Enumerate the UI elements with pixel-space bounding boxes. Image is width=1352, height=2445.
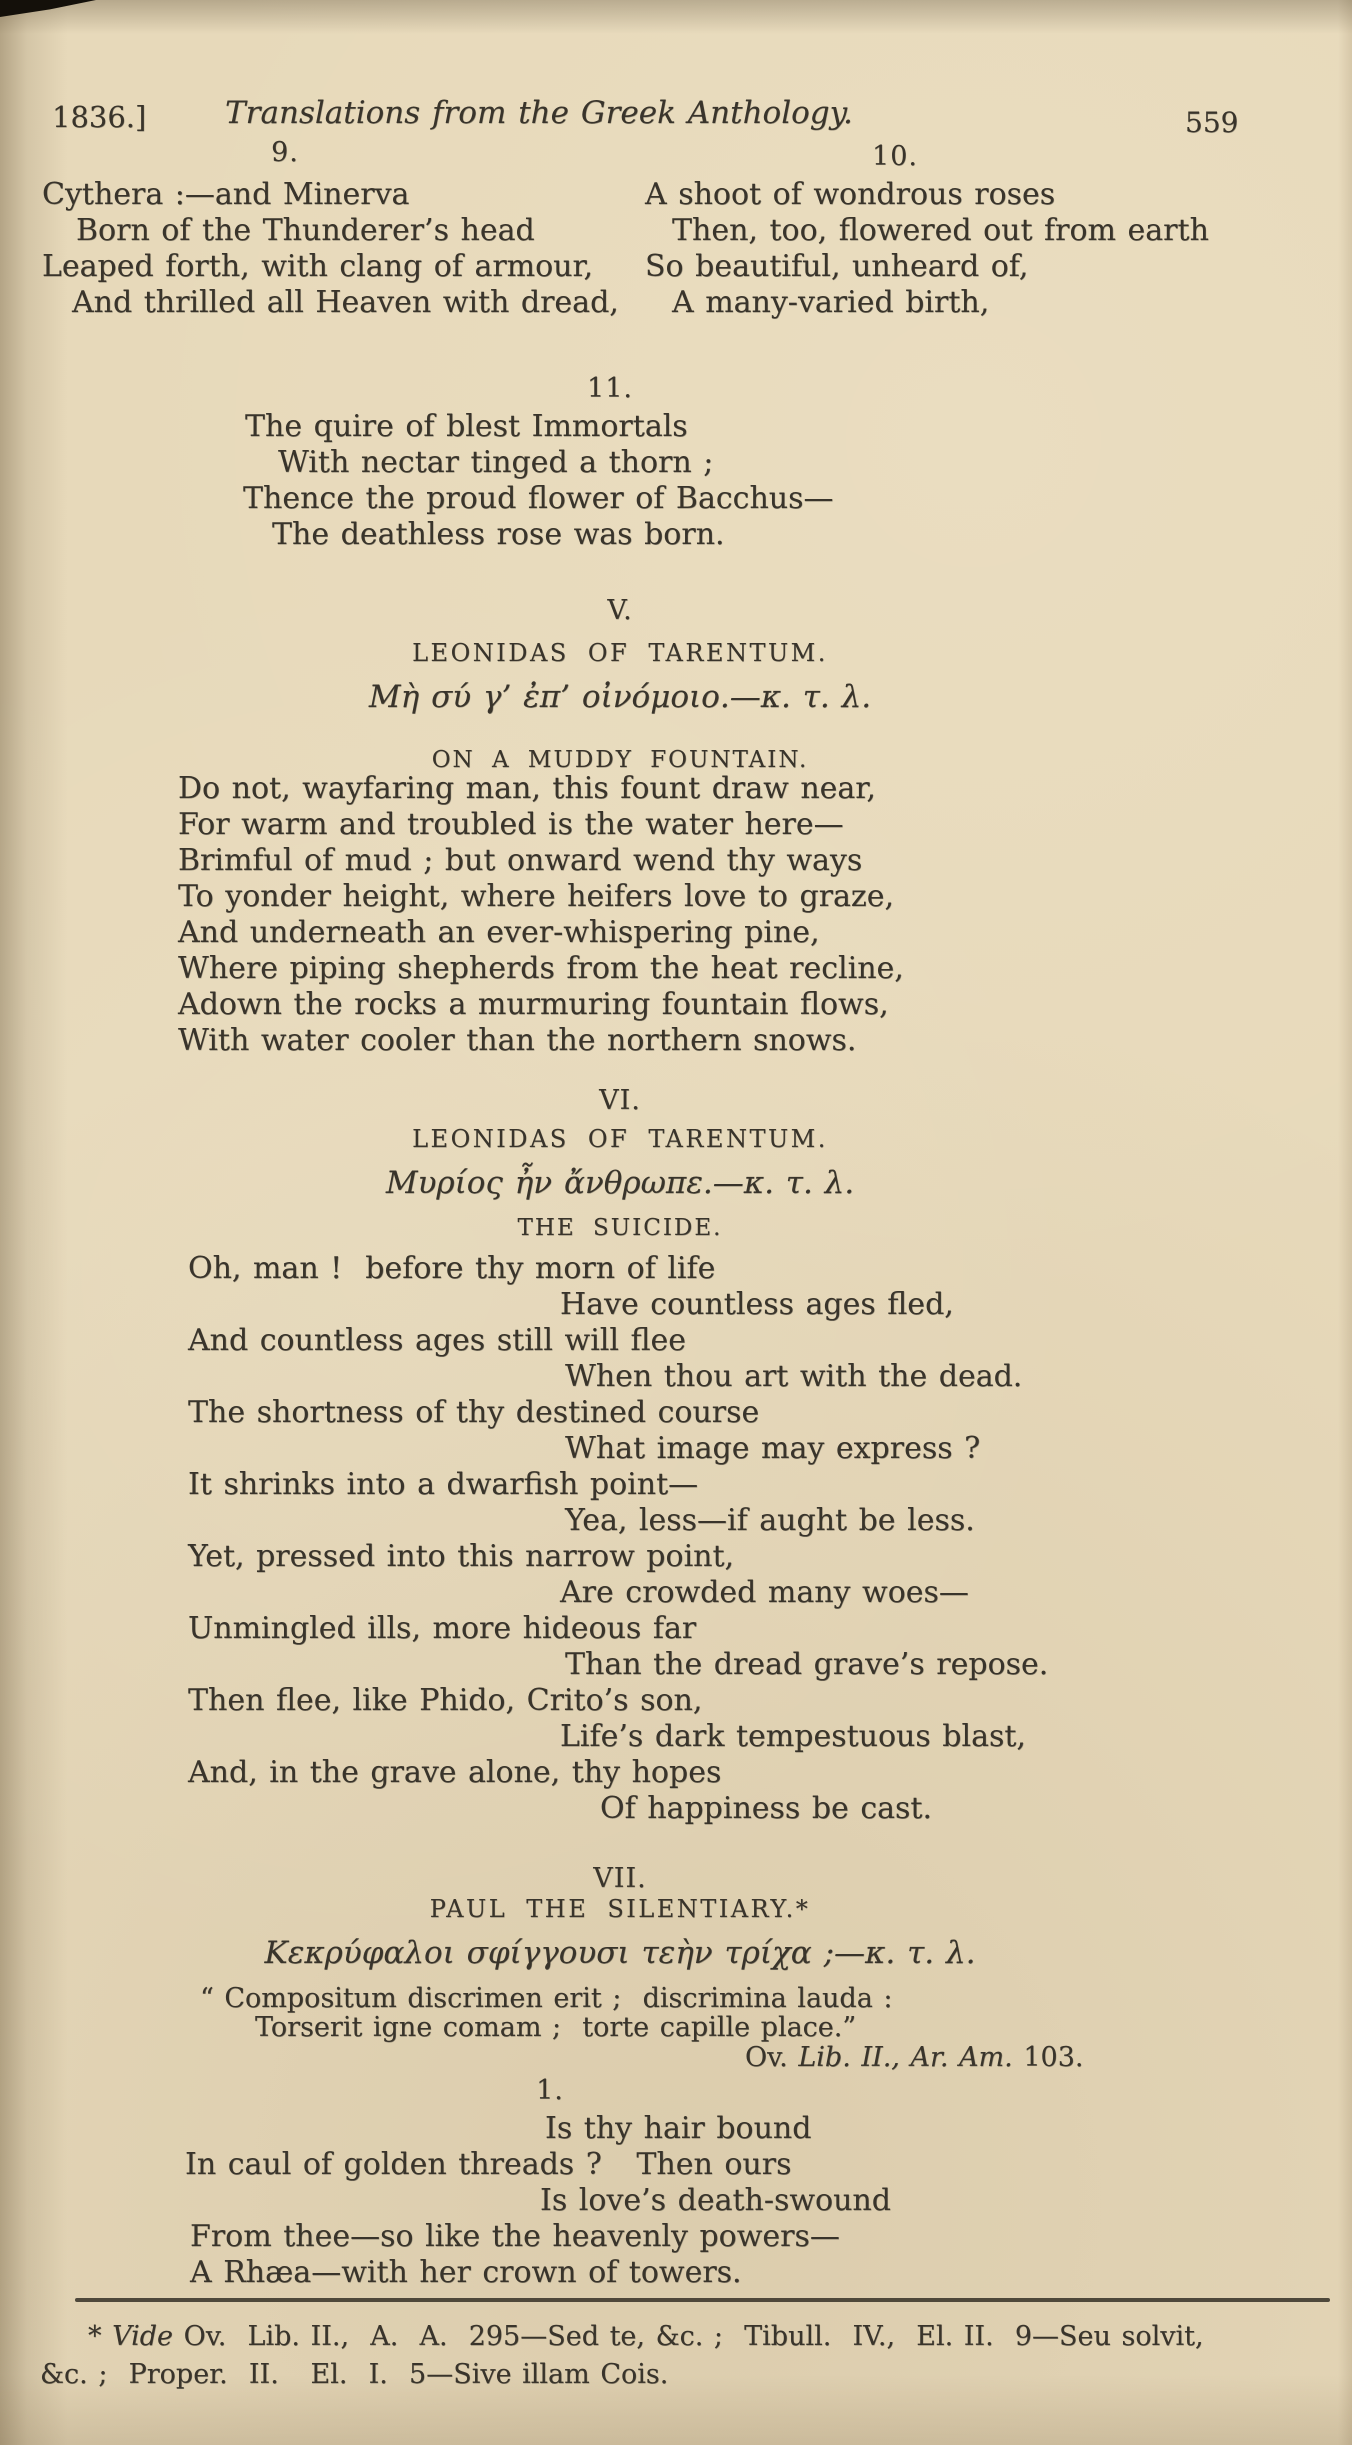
section-vi-title: THE SUICIDE. — [40, 1216, 1200, 1241]
poem-line: Is love’s death-swound — [540, 2184, 891, 2217]
poem-line: Is thy hair bound — [545, 2112, 811, 2145]
poem-line: From thee—so like the heavenly powers— — [190, 2220, 840, 2253]
poem-line: And thrilled all Heaven with dread, — [72, 286, 619, 319]
poem-line: Born of the Thunderer’s head — [76, 214, 535, 247]
citation-prefix: Ov. — [745, 2042, 798, 2073]
poem-line: And, in the grave alone, thy hopes — [188, 1756, 721, 1789]
book-page: 1836.] Translations from the Greek Antho… — [0, 0, 1352, 2445]
section-vii-author: PAUL THE SILENTIARY.* — [40, 1896, 1200, 1922]
poem-line: So beautiful, unheard of, — [645, 250, 1028, 283]
poem-line: A many-varied birth, — [672, 286, 989, 319]
latin-quote-line: Torserit igne comam ; torte capille plac… — [255, 2013, 856, 2043]
poem-line: With nectar tinged a thorn ; — [278, 446, 713, 479]
citation-work: Ar. Am. — [910, 2042, 1012, 2073]
poem-line: Thence the proud flower of Bacchus— — [243, 482, 834, 515]
poem-line: What image may express ? — [565, 1432, 980, 1465]
section-v-greek-lemma: Μὴ σύ γ’ ἐπ’ οἰνόμοιο.—κ. τ. λ. — [40, 680, 1200, 714]
latin-quote-line: “ Compositum discrimen erit ; discrimina… — [200, 1984, 893, 2014]
scan-corner-shadow — [0, 0, 96, 17]
citation: Ov. Lib. II., Ar. Am. 103. — [745, 2043, 1083, 2073]
poem-line: A Rhæa—with her crown of towers. — [190, 2256, 742, 2289]
poem-line: Life’s dark tempestuous blast, — [560, 1720, 1026, 1753]
poem-line: And countless ages still will flee — [188, 1324, 686, 1357]
poem-line: The deathless rose was born. — [272, 518, 725, 551]
footnote-text: Ov. Lib. II., A. A. 295—Sed te, &c. ; Ti… — [173, 2321, 1204, 2352]
running-title: Translations from the Greek Anthology. — [225, 96, 825, 130]
poem-line: Of happiness be cast. — [600, 1792, 932, 1825]
poem-line: The shortness of thy destined course — [188, 1396, 759, 1429]
header-year: 1836.] — [52, 102, 146, 134]
epigram-11-number: 11. — [560, 374, 660, 404]
poem-line: Yet, pressed into this narrow point, — [188, 1540, 734, 1573]
section-v-title: ON A MUDDY FOUNTAIN. — [40, 748, 1200, 773]
stanza-1-number: 1. — [520, 2076, 580, 2106]
poem-line: For warm and troubled is the water here— — [178, 808, 844, 841]
section-vi-number: VI. — [40, 1086, 1200, 1116]
section-v-author: LEONIDAS OF TARENTUM. — [40, 640, 1200, 666]
poem-line: Have countless ages fled, — [560, 1288, 954, 1321]
poem-line: In caul of golden threads ? Then ours — [185, 2148, 791, 2181]
poem-line: A shoot of wondrous roses — [645, 178, 1055, 211]
poem-line: Than the dread grave’s repose. — [565, 1648, 1048, 1681]
poem-line: It shrinks into a dwarfish point— — [188, 1468, 698, 1501]
poem-line: The quire of blest Immortals — [245, 410, 688, 443]
poem-line: Oh, man ! before thy morn of life — [188, 1252, 715, 1285]
section-vi-author: LEONIDAS OF TARENTUM. — [40, 1126, 1200, 1152]
footnote-vide: Vide — [112, 2321, 173, 2352]
page-number: 559 — [1185, 108, 1238, 139]
poem-line: Brimful of mud ; but onward wend thy way… — [178, 844, 862, 877]
citation-number: 103. — [1013, 2042, 1084, 2073]
section-vi-greek-lemma: Μυρίος ἦν ἄνθρωπε.—κ. τ. λ. — [40, 1166, 1200, 1200]
poem-line: Leaped forth, with clang of armour, — [42, 250, 593, 283]
footnote-rule — [75, 2298, 1330, 2302]
poem-line: Adown the rocks a murmuring fountain flo… — [178, 988, 889, 1021]
poem-line: And underneath an ever-whispering pine, — [178, 916, 820, 949]
poem-line: To yonder height, where heifers love to … — [178, 880, 894, 913]
poem-line: Yea, less—if aught be less. — [565, 1504, 975, 1537]
poem-line: Then flee, like Phido, Crito’s son, — [188, 1684, 702, 1717]
poem-line: Are crowded many woes— — [560, 1576, 969, 1609]
poem-line: Where piping shepherds from the heat rec… — [178, 952, 904, 985]
section-vii-greek-lemma: Κεκρύφαλοι σφίγγουσι τεὴν τρίχα ;—κ. τ. … — [40, 1936, 1200, 1970]
citation-work: Lib. II., — [798, 2042, 910, 2073]
poem-line: Cythera :—and Minerva — [42, 178, 409, 211]
footnote-line: * Vide Ov. Lib. II., A. A. 295—Sed te, &… — [88, 2322, 1204, 2352]
poem-line: Unmingled ills, more hideous far — [188, 1612, 696, 1645]
footnote-marker: * — [88, 2321, 112, 2352]
footnote-line: &c. ; Proper. II. El. I. 5—Sive illam Co… — [40, 2360, 668, 2390]
poem-line: Do not, wayfaring man, this fount draw n… — [178, 772, 876, 805]
section-v-number: V. — [40, 596, 1200, 626]
epigram-9-number: 9. — [255, 138, 315, 168]
section-vii-number: VII. — [40, 1864, 1200, 1894]
poem-line: When thou art with the dead. — [565, 1360, 1022, 1393]
poem-line: With water cooler than the northern snow… — [178, 1024, 856, 1057]
epigram-10-number: 10. — [860, 142, 930, 172]
poem-line: Then, too, flowered out from earth — [672, 214, 1209, 247]
